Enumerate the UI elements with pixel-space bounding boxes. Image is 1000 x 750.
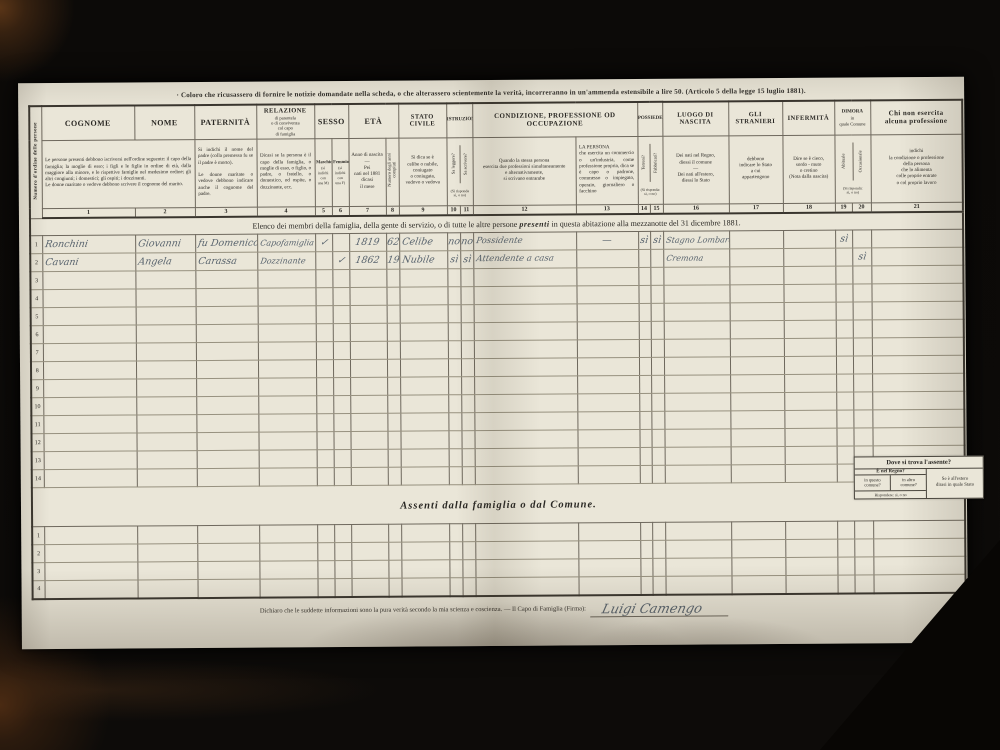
cell-fabbricati xyxy=(651,411,664,429)
cell-dimora-abituale xyxy=(836,302,853,320)
cell-dimora-abituale xyxy=(837,557,854,575)
cell-nome: Angela xyxy=(135,253,195,271)
cell-dimora-occasionale xyxy=(854,521,873,539)
cell-cognome xyxy=(43,307,136,326)
cell-terreni xyxy=(640,558,652,576)
cell-nome xyxy=(136,343,196,361)
cell-dimora-abituale xyxy=(836,374,853,392)
cell-sesso-femmina: ✓ xyxy=(332,252,349,270)
cell-anni-compiuti xyxy=(388,467,401,485)
cell-terreni xyxy=(639,303,651,321)
cell-stranieri xyxy=(729,285,783,303)
cell-paternita xyxy=(195,288,257,306)
cell-anni-compiuti xyxy=(388,449,401,467)
cell-terreni xyxy=(640,540,652,558)
cell-stato-civile xyxy=(400,413,448,431)
cell-chi-non-esercita xyxy=(871,283,963,302)
cell-dimora-occasionale xyxy=(852,266,871,284)
cell-dimora-occasionale: sì xyxy=(852,248,871,266)
cell-nome xyxy=(137,544,197,562)
cell-stato-civile xyxy=(400,395,448,413)
cell-stranieri xyxy=(730,393,784,411)
cell-chi-non-esercita xyxy=(872,409,964,428)
cell-fabbricati xyxy=(651,393,664,411)
dimora-subheader: AbitualeOccasionale (Si risponda: sì, o … xyxy=(834,134,870,202)
cell-sesso-femmina xyxy=(334,468,351,486)
col-stranieri-title: GLI STRANIERI xyxy=(728,101,782,135)
cell-nome xyxy=(137,526,197,544)
cell-condizione xyxy=(475,523,578,542)
cell-sa-leggere xyxy=(448,359,461,377)
cell-condizione-2 xyxy=(576,286,638,304)
cell-sa-leggere xyxy=(448,323,461,341)
row-number: 2 xyxy=(30,254,42,272)
cell-sa-leggere: sì xyxy=(447,251,460,269)
cell-sa-leggere xyxy=(449,578,462,596)
cell-condizione xyxy=(473,268,576,287)
cell-condizione xyxy=(475,541,578,560)
cell-chi-non-esercita xyxy=(872,337,964,356)
cell-sesso-femmina xyxy=(332,288,349,306)
cell-sa-leggere xyxy=(448,395,461,413)
stranieri-desc: debbono indicare lo Stato a cui apparten… xyxy=(728,135,782,203)
cell-condizione xyxy=(475,466,578,485)
declaration-line: Dichiaro che le suddette informazioni so… xyxy=(32,601,958,620)
cell-anno-nascita xyxy=(350,323,387,341)
cell-dimora-abituale xyxy=(837,539,854,557)
cell-relazione xyxy=(257,270,315,288)
cell-condizione xyxy=(474,376,577,395)
cell-anno-nascita xyxy=(350,431,387,449)
cell-sesso-femmina xyxy=(333,432,350,450)
cell-sa-scrivere xyxy=(462,449,475,467)
cell-paternita xyxy=(197,543,259,561)
cell-sesso-femmina xyxy=(333,342,350,360)
cell-sesso-maschio xyxy=(316,432,333,450)
col-possiede-title: POSSIEDE xyxy=(637,102,662,136)
cell-anni-compiuti xyxy=(387,359,400,377)
cell-relazione xyxy=(258,432,316,450)
cell-chi-non-esercita xyxy=(873,520,965,539)
cell-stranieri xyxy=(730,429,784,447)
cell-stranieri xyxy=(730,375,784,393)
cell-condizione: Possidente xyxy=(473,232,576,251)
cell-anni-compiuti xyxy=(387,413,400,431)
cell-stranieri xyxy=(731,522,785,540)
cell-terreni xyxy=(639,321,651,339)
cell-dimora-occasionale xyxy=(854,539,873,557)
cell-stato-civile xyxy=(400,305,448,323)
cell-anno-nascita xyxy=(350,305,387,323)
cell-sa-scrivere xyxy=(460,269,473,287)
cell-condizione xyxy=(474,412,577,431)
row-number: 4 xyxy=(30,290,42,308)
cell-cognome xyxy=(43,397,136,416)
col-paternita-title: PATERNITÀ xyxy=(194,105,256,139)
cell-chi-non-esercita xyxy=(871,229,963,248)
cell-nome xyxy=(136,415,196,433)
cell-fabbricati xyxy=(652,465,665,483)
cell-fabbricati xyxy=(651,321,664,339)
cell-anni-compiuti xyxy=(387,395,400,413)
cell-fabbricati xyxy=(651,429,664,447)
relazione-desc: Dicasi se la persona è il capo della fam… xyxy=(256,138,314,206)
dove-box-altro-comune: in altro comune? xyxy=(890,475,926,490)
cell-condizione-2 xyxy=(578,466,640,484)
cell-fabbricati: sì xyxy=(650,231,663,249)
cell-dimora-occasionale xyxy=(853,428,872,446)
cell-sesso-femmina xyxy=(334,543,351,561)
cell-sesso-femmina xyxy=(334,450,351,468)
cell-chi-non-esercita xyxy=(872,391,964,410)
cell-paternita xyxy=(196,306,258,324)
cell-stato-civile xyxy=(399,287,447,305)
cell-luogo-nascita xyxy=(665,540,731,558)
cell-paternita: Carassa xyxy=(195,252,257,270)
cell-dimora-occasionale xyxy=(853,302,872,320)
cell-dimora-occasionale xyxy=(853,320,872,338)
cell-anno-nascita xyxy=(351,449,388,467)
cell-anni-compiuti xyxy=(387,305,400,323)
cell-sesso-maschio: ✓ xyxy=(315,234,332,252)
cell-infermita xyxy=(785,446,837,464)
cell-luogo-nascita xyxy=(665,447,731,465)
chi-non-esercita-desc: indichi la condizione o professione dell… xyxy=(870,134,962,203)
cell-sesso-femmina xyxy=(334,561,351,579)
cell-anni-compiuti xyxy=(386,269,399,287)
cell-sa-leggere xyxy=(447,287,460,305)
cell-condizione-2 xyxy=(577,412,639,430)
cell-nome xyxy=(136,325,196,343)
cell-sesso-maschio xyxy=(315,252,332,270)
cell-sesso-femmina xyxy=(335,579,352,597)
luogo-nascita-desc: Dei nati nel Regno, diessi il comune — D… xyxy=(662,135,728,204)
cell-sesso-maschio xyxy=(317,543,334,561)
cell-luogo-nascita xyxy=(664,429,730,447)
cell-relazione xyxy=(258,324,316,342)
cell-sa-leggere xyxy=(448,431,461,449)
cell-nome: Giovanni xyxy=(135,235,195,253)
row-number: 11 xyxy=(31,416,43,434)
cell-condizione xyxy=(474,358,577,377)
cell-chi-non-esercita xyxy=(872,355,964,374)
cell-dimora-abituale xyxy=(836,338,853,356)
cell-dimora-occasionale xyxy=(853,410,872,428)
dove-box-estero: Se è all'estero dirasi in quale Stato xyxy=(927,469,983,498)
cell-sesso-maschio xyxy=(316,324,333,342)
cell-nome xyxy=(137,562,197,580)
cell-sa-scrivere xyxy=(462,542,475,560)
cell-stranieri xyxy=(729,249,783,267)
cell-condizione xyxy=(474,340,577,359)
cell-infermita xyxy=(783,230,835,248)
cell-infermita xyxy=(785,464,837,482)
dove-box-questo-comune: in questo comune? xyxy=(855,475,890,490)
cell-sa-leggere xyxy=(448,305,461,323)
cell-condizione xyxy=(473,286,576,305)
cell-dimora-abituale xyxy=(837,521,854,539)
census-table-wrap: Numero d'ordine delle persone COGNOME NO… xyxy=(28,99,957,600)
cell-stato-civile xyxy=(400,377,448,395)
cell-relazione: Capofamiglia xyxy=(257,234,315,252)
cell-paternita: fu Domenico xyxy=(195,234,257,252)
cell-condizione xyxy=(474,430,577,449)
cell-chi-non-esercita xyxy=(873,538,965,557)
cell-terreni xyxy=(638,285,650,303)
cell-anno-nascita xyxy=(349,287,386,305)
row-number: 1 xyxy=(32,527,44,545)
cell-luogo-nascita xyxy=(665,558,731,576)
cell-anni-compiuti xyxy=(387,323,400,341)
paternita-desc: Si indichi il nome del padre (colla prem… xyxy=(194,139,256,208)
cell-sesso-maschio xyxy=(317,450,334,468)
col-stato-civile-title: STATO CIVILE xyxy=(398,103,446,137)
cell-dimora-abituale xyxy=(837,464,854,482)
cell-paternita xyxy=(197,468,259,486)
cell-nome xyxy=(136,397,196,415)
cell-luogo-nascita xyxy=(664,357,730,375)
photo-background: · Coloro che ricusassero di fornire le n… xyxy=(0,0,1000,750)
cell-fabbricati xyxy=(650,285,663,303)
cell-infermita xyxy=(784,302,836,320)
cell-condizione xyxy=(474,322,577,341)
cell-stato-civile xyxy=(401,449,449,467)
cell-sa-scrivere xyxy=(461,323,474,341)
cell-condizione xyxy=(475,577,578,596)
cell-sesso-femmina xyxy=(333,396,350,414)
cell-anno-nascita: 1819 xyxy=(349,233,386,251)
cell-condizione-2 xyxy=(577,322,639,340)
cell-anni-compiuti xyxy=(387,377,400,395)
cell-luogo-nascita: Stagno Lombardo xyxy=(663,231,729,249)
cell-condizione-2 xyxy=(577,340,639,358)
cell-stranieri xyxy=(730,411,784,429)
cell-fabbricati xyxy=(650,267,663,285)
col-sesso-title: SESSO xyxy=(314,104,348,138)
cell-sesso-femmina xyxy=(333,324,350,342)
cell-infermita xyxy=(784,392,836,410)
cell-condizione-2 xyxy=(578,559,640,577)
cell-relazione xyxy=(258,306,316,324)
cell-cognome: Cavani xyxy=(42,253,135,272)
col-dimora-title: DIMORAin quale Comune xyxy=(834,100,870,134)
cell-stranieri xyxy=(731,447,785,465)
cell-fabbricati xyxy=(652,447,665,465)
cell-stato-civile xyxy=(401,542,449,560)
cell-sesso-femmina xyxy=(332,270,349,288)
cell-infermita xyxy=(785,539,837,557)
cell-nome xyxy=(136,433,196,451)
cell-cognome xyxy=(45,580,138,599)
cell-terreni xyxy=(639,393,651,411)
census-table: Numero d'ordine delle persone COGNOME NO… xyxy=(28,99,966,600)
col-chi-non-esercita-title: Chi non esercita alcuna professione xyxy=(870,100,962,135)
sesso-femmina-header: Femmina(si indichi con una F) xyxy=(331,138,348,206)
cell-infermita xyxy=(784,338,836,356)
cell-dimora-abituale xyxy=(835,248,852,266)
cell-stranieri xyxy=(730,321,784,339)
col-luogo-nascita-title: LUOGO DI NASCITA xyxy=(662,101,728,135)
cell-sa-leggere xyxy=(449,542,462,560)
cell-terreni: sì xyxy=(638,231,650,249)
cell-chi-non-esercita xyxy=(872,427,964,446)
cell-relazione xyxy=(258,414,316,432)
cell-paternita xyxy=(196,360,258,378)
cell-sesso-maschio xyxy=(315,288,332,306)
cell-cognome xyxy=(42,271,135,290)
cognome-nome-desc: Le persone presenti debbono iscriversi n… xyxy=(41,139,194,208)
row-number: 9 xyxy=(31,380,43,398)
cell-dimora-occasionale xyxy=(853,374,872,392)
row-number: 14 xyxy=(32,470,44,488)
row-number: 6 xyxy=(31,326,43,344)
cell-sa-leggere xyxy=(449,467,462,485)
cell-luogo-nascita xyxy=(663,285,729,303)
cell-sa-leggere xyxy=(448,413,461,431)
cell-terreni xyxy=(639,357,651,375)
cell-anno-nascita xyxy=(350,359,387,377)
row-number: 2 xyxy=(32,545,44,563)
cell-stato-civile xyxy=(402,578,450,596)
cell-chi-non-esercita xyxy=(871,247,963,266)
cell-condizione-2 xyxy=(576,268,638,286)
cell-fabbricati xyxy=(651,357,664,375)
cell-infermita xyxy=(783,248,835,266)
cell-cognome xyxy=(43,415,136,434)
cell-infermita xyxy=(785,557,837,575)
cell-nome xyxy=(137,469,197,487)
condizione-desc-2: LA PERSONA che esercita un commercio o u… xyxy=(575,136,637,205)
cell-nome xyxy=(135,271,195,289)
cell-paternita xyxy=(196,342,258,360)
condizione-desc-1: Quando la stessa persona esercita due pr… xyxy=(472,136,575,205)
cell-sa-leggere xyxy=(448,341,461,359)
cell-sesso-maschio xyxy=(316,360,333,378)
assenti-title: Assenti dalla famiglia o dal Comune. xyxy=(400,499,597,511)
cell-sa-scrivere xyxy=(460,287,473,305)
cell-infermita xyxy=(783,284,835,302)
cell-paternita xyxy=(197,450,259,468)
assenti-band: Assenti dalla famiglia o dal Comune. xyxy=(32,481,965,527)
cell-relazione xyxy=(258,378,316,396)
cell-cognome xyxy=(43,343,136,362)
cell-dimora-abituale xyxy=(835,266,852,284)
cell-sa-scrivere xyxy=(461,359,474,377)
legal-warning: · Coloro che ricusassero di fornire le n… xyxy=(18,77,964,101)
cell-anni-compiuti xyxy=(389,578,402,596)
cell-sesso-femmina xyxy=(333,360,350,378)
cell-sa-leggere xyxy=(448,377,461,395)
col-relazione-title: RELAZIONEdi parentela o di convivenza co… xyxy=(256,104,314,138)
cell-stranieri xyxy=(731,558,785,576)
cell-stato-civile: Nubile xyxy=(399,251,447,269)
cell-sesso-maschio xyxy=(315,270,332,288)
cell-condizione-2 xyxy=(577,304,639,322)
cell-luogo-nascita xyxy=(663,267,729,285)
cell-dimora-abituale: sì xyxy=(835,230,852,248)
cell-relazione xyxy=(258,360,316,378)
cell-anni-compiuti xyxy=(388,560,401,578)
cell-fabbricati xyxy=(652,558,665,576)
cell-cognome xyxy=(43,379,136,398)
cell-condizione xyxy=(475,559,578,578)
cell-paternita xyxy=(196,396,258,414)
cell-dimora-abituale xyxy=(836,410,853,428)
cell-anno-nascita xyxy=(349,269,386,287)
cell-cognome: Ronchini xyxy=(42,235,135,254)
cell-paternita xyxy=(196,324,258,342)
cell-sesso-maschio xyxy=(317,525,334,543)
cell-anno-nascita xyxy=(350,395,387,413)
col-infermita-title: INFERMITÀ xyxy=(782,101,834,135)
cell-dimora-occasionale xyxy=(852,284,871,302)
cell-sa-scrivere: no xyxy=(460,233,473,251)
cell-stato-civile xyxy=(401,524,449,542)
dove-box-title: Dove si trova l'assente? xyxy=(855,457,983,470)
cell-cognome xyxy=(44,526,137,545)
col-eta-title: ETÀ xyxy=(348,104,398,138)
cell-luogo-nascita xyxy=(664,303,730,321)
cell-sa-scrivere xyxy=(461,341,474,359)
cell-cognome xyxy=(44,451,137,470)
row-number: 7 xyxy=(31,344,43,362)
cell-chi-non-esercita xyxy=(872,301,964,320)
cell-paternita xyxy=(196,432,258,450)
row-number-column-header: Numero d'ordine delle persone xyxy=(29,106,42,218)
cell-infermita xyxy=(784,374,836,392)
cell-anno-nascita xyxy=(350,413,387,431)
cell-dimora-abituale xyxy=(835,284,852,302)
cell-fabbricati xyxy=(652,540,665,558)
cell-condizione xyxy=(474,304,577,323)
col-istruzione-title: ISTRUZIONE xyxy=(446,103,472,137)
assenti-entries-body: 1 2 xyxy=(32,520,966,599)
cell-infermita xyxy=(784,356,836,374)
cell-luogo-nascita xyxy=(665,465,731,483)
cell-sesso-femmina xyxy=(333,306,350,324)
cell-anno-nascita xyxy=(351,560,388,578)
cell-cognome xyxy=(44,544,137,563)
cell-sa-scrivere xyxy=(462,524,475,542)
cell-condizione: Attendente a casa xyxy=(473,250,576,269)
cell-infermita xyxy=(784,320,836,338)
cell-terreni xyxy=(638,249,650,267)
cell-luogo-nascita xyxy=(664,393,730,411)
cell-terreni xyxy=(639,429,651,447)
cell-nome xyxy=(136,379,196,397)
cell-fabbricati xyxy=(651,375,664,393)
cell-condizione-2 xyxy=(577,430,639,448)
cell-stranieri xyxy=(731,540,785,558)
infermita-desc: Dire se è cieco, sordo - muto o cretino … xyxy=(782,135,834,203)
cell-terreni xyxy=(638,267,650,285)
cell-nome xyxy=(136,361,196,379)
cell-fabbricati xyxy=(650,249,663,267)
cell-anno-nascita: 1862 xyxy=(349,251,386,269)
cell-sa-scrivere xyxy=(461,413,474,431)
cell-relazione xyxy=(259,525,317,543)
cell-sa-leggere xyxy=(449,449,462,467)
col-cognome-title: COGNOME xyxy=(41,105,134,140)
cell-luogo-nascita xyxy=(666,576,732,594)
row-number: 12 xyxy=(31,434,43,452)
cell-sa-scrivere xyxy=(462,578,475,596)
sesso-maschio-header: Maschio(si indichi con una M) xyxy=(314,138,331,206)
cell-paternita xyxy=(197,561,259,579)
cell-condizione-2 xyxy=(577,376,639,394)
cell-terreni xyxy=(639,375,651,393)
cell-sa-scrivere xyxy=(461,395,474,413)
